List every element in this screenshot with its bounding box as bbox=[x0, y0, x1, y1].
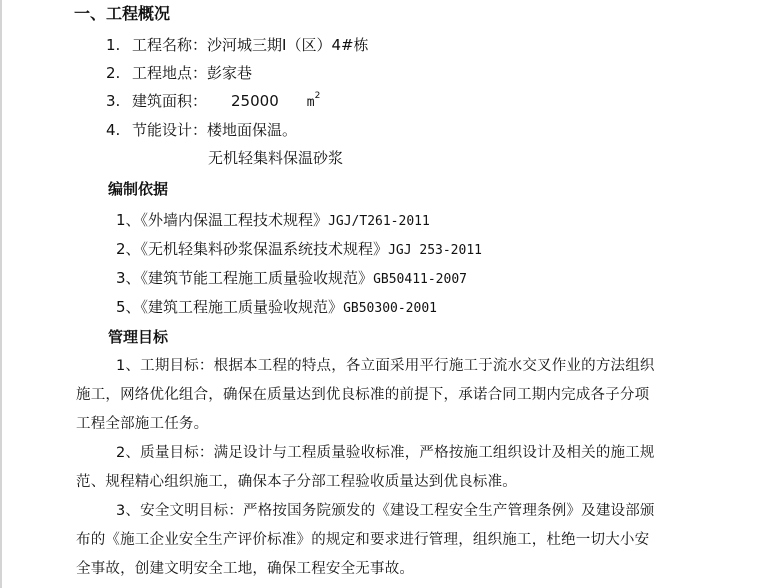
section-title-goals: 管理目标 bbox=[108, 327, 168, 347]
section-title-overview: 一、工程概况 bbox=[74, 4, 170, 24]
ref-name: 《无机轻集料砂浆保温系统技术规程》 bbox=[141, 240, 389, 258]
energy-design-continuation: 无机轻集料保温砂浆 bbox=[208, 148, 343, 168]
item-label: 节能设计： bbox=[132, 121, 207, 139]
item-label: 建筑面积： bbox=[132, 92, 207, 110]
goal-safety-line-3: 全事故，创建文明安全工地，确保工程安全无事故。 bbox=[76, 559, 414, 579]
ref-code: GB50411-2007 bbox=[373, 272, 467, 287]
overview-item-name: 1.工程名称：沙河城三期Ⅰ（区）4#栋 bbox=[106, 35, 369, 55]
item-number: 4. bbox=[106, 120, 132, 140]
goal-safety-line-2: 布的《施工企业安全生产评价标准》的规定和要求进行管理，组织施工，杜绝一切大小安 bbox=[76, 530, 649, 550]
area-unit-superscript: 2 bbox=[315, 91, 321, 101]
item-value: 彭家巷 bbox=[207, 64, 252, 82]
ref-code: JGJ 253-2011 bbox=[388, 243, 482, 258]
reference-item: 2、《无机轻集料砂浆保温系统技术规程》JGJ 253-2011 bbox=[116, 239, 482, 261]
overview-item-location: 2.工程地点：彭家巷 bbox=[106, 63, 252, 83]
ref-name: 《外墙内保温工程技术规程》 bbox=[141, 211, 329, 229]
item-value: 沙河城三期Ⅰ（区）4#栋 bbox=[207, 36, 369, 54]
item-value: 楼地面保温。 bbox=[207, 121, 297, 139]
item-label: 工程名称： bbox=[132, 36, 207, 54]
page-left-border bbox=[0, 0, 2, 588]
reference-item: 1、《外墙内保温工程技术规程》JGJ/T261-2011 bbox=[116, 210, 430, 232]
goal-safety-line-1: 3、安全文明目标：严格按国务院颁发的《建设工程安全生产管理条例》及建设部颁 bbox=[116, 501, 655, 521]
item-number: 2. bbox=[106, 63, 132, 83]
item-label: 工程地点： bbox=[132, 64, 207, 82]
goal-quality-line-2: 范、规程精心组织施工，确保本子分部工程验收质量达到优良标准。 bbox=[76, 472, 517, 492]
ref-number: 2、 bbox=[116, 240, 141, 258]
ref-name: 《建筑节能工程施工质量验收规范》 bbox=[141, 269, 374, 287]
overview-item-area: 3.建筑面积：25000m2 bbox=[106, 91, 320, 113]
item-value: 25000 bbox=[231, 92, 279, 110]
ref-code: GB50300-2001 bbox=[343, 301, 437, 316]
reference-item: 5、《建筑工程施工质量验收规范》GB50300-2001 bbox=[116, 297, 437, 319]
ref-name: 《建筑工程施工质量验收规范》 bbox=[141, 298, 344, 316]
section-title-basis: 编制依据 bbox=[108, 179, 168, 199]
item-number: 3. bbox=[106, 91, 132, 111]
goal-quality-line-1: 2、质量目标：满足设计与工程质量验收标准，严格按施工组织设计及相关的施工规 bbox=[116, 443, 655, 463]
ref-number: 1、 bbox=[116, 211, 141, 229]
ref-code: JGJ/T261-2011 bbox=[328, 214, 430, 229]
goal-schedule-line-1: 1、工期目标：根据本工程的特点，各立面采用平行施工于流水交叉作业的方法组织 bbox=[116, 356, 655, 376]
overview-item-energy-design: 4.节能设计：楼地面保温。 bbox=[106, 120, 297, 140]
item-number: 1. bbox=[106, 35, 132, 55]
reference-item: 3、《建筑节能工程施工质量验收规范》GB50411-2007 bbox=[116, 268, 467, 290]
ref-number: 3、 bbox=[116, 269, 141, 287]
area-unit: m bbox=[307, 95, 315, 110]
ref-number: 5、 bbox=[116, 298, 141, 316]
goal-schedule-line-3: 工程全部施工任务。 bbox=[76, 414, 208, 434]
goal-schedule-line-2: 施工，网络优化组合，确保在质量达到优良标准的前提下，承诺合同工期内完成各子分项 bbox=[76, 385, 649, 405]
